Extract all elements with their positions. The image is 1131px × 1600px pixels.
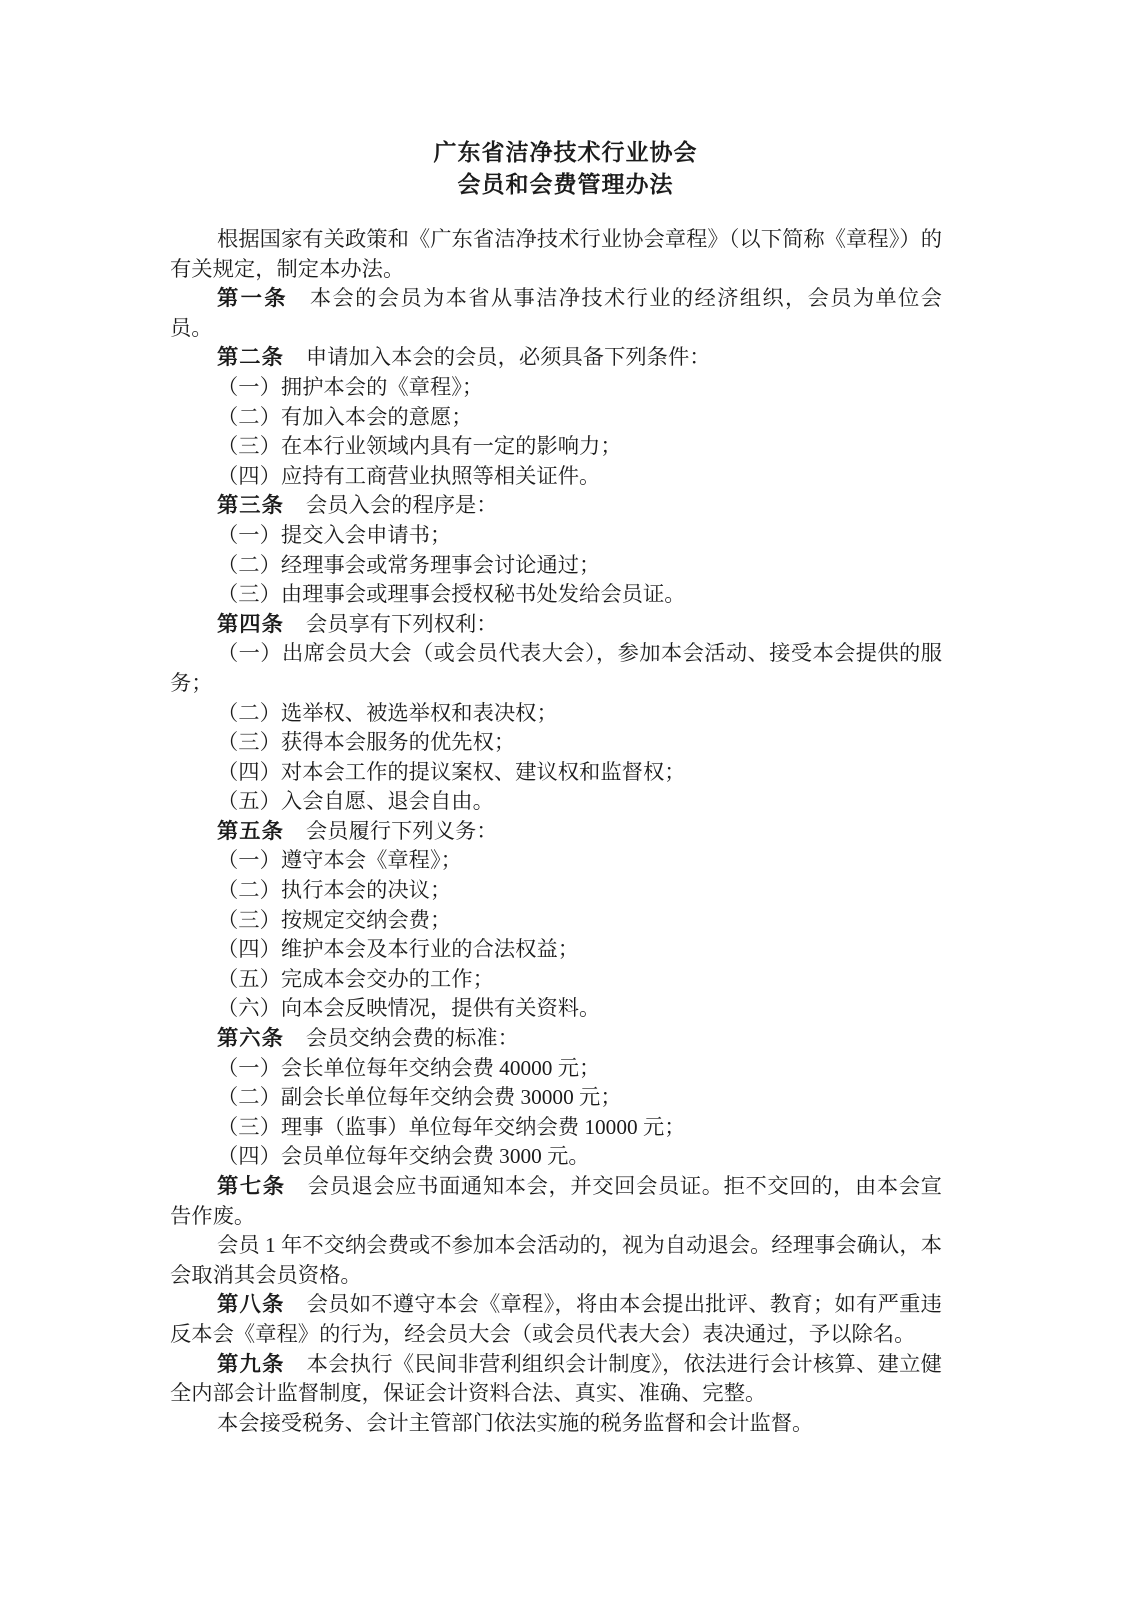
paragraph-text: （六）向本会反映情况，提供有关资料。: [217, 996, 600, 1020]
article-label: 第六条: [217, 1026, 284, 1050]
paragraph-text: （一）提交入会申请书；: [217, 523, 451, 547]
paragraph: 本会接受税务、会计主管部门依法实施的税务监督和会计监督。: [170, 1409, 942, 1439]
list-item-paragraph: （六）向本会反映情况，提供有关资料。: [170, 994, 942, 1024]
list-item-paragraph: （一）出席会员大会（或会员代表大会），参加本会活动、接受本会提供的服务；: [170, 639, 942, 698]
article-paragraph: 第一条本会的会员为本省从事洁净技术行业的经济组织，会员为单位会员。: [170, 284, 942, 343]
paragraph: 根据国家有关政策和《广东省洁净技术行业协会章程》（以下简称《章程》）的有关规定，…: [170, 225, 942, 284]
paragraph-text: （三）按规定交纳会费；: [217, 908, 451, 932]
article-paragraph: 第八条会员如不遵守本会《章程》，将由本会提出批评、教育；如有严重违反本会《章程》…: [170, 1290, 942, 1349]
list-item-paragraph: （四）对本会工作的提议案权、建议权和监督权；: [170, 758, 942, 788]
paragraph-text: （二）执行本会的决议；: [217, 878, 451, 902]
paragraph-text: （四）会员单位每年交纳会费 3000 元。: [217, 1144, 590, 1168]
document-title: 广东省洁净技术行业协会 会员和会费管理办法: [0, 136, 1131, 200]
list-item-paragraph: （五）入会自愿、退会自由。: [170, 787, 942, 817]
list-item-paragraph: （一）会长单位每年交纳会费 40000 元；: [170, 1054, 942, 1084]
article-label: 第八条: [217, 1292, 285, 1316]
paragraph-text: 本会执行《民间非营利组织会计制度》，依法进行会计核算、建立健全内部会计监督制度，…: [170, 1352, 942, 1406]
list-item-paragraph: （二）经理事会或常务理事会讨论通过；: [170, 551, 942, 581]
paragraph-text: （三）在本行业领域内具有一定的影响力；: [217, 434, 622, 458]
paragraph-text: （三）由理事会或理事会授权秘书处发给会员证。: [217, 582, 686, 606]
paragraph-text: （一）遵守本会《章程》；: [217, 848, 462, 872]
list-item-paragraph: （三）按规定交纳会费；: [170, 906, 942, 936]
paragraph-text: （四）应持有工商营业执照等相关证件。: [217, 464, 600, 488]
paragraph-text: （二）经理事会或常务理事会讨论通过；: [217, 553, 600, 577]
paragraph-text: 会员履行下列义务：: [306, 819, 498, 843]
paragraph-text: （五）完成本会交办的工作；: [217, 967, 494, 991]
list-item-paragraph: （四）应持有工商营业执照等相关证件。: [170, 462, 942, 492]
list-item-paragraph: （一）提交入会申请书；: [170, 521, 942, 551]
article-label: 第七条: [217, 1174, 286, 1198]
paragraph-text: （四）维护本会及本行业的合法权益；: [217, 937, 579, 961]
paragraph-text: 会员享有下列权利：: [306, 612, 498, 636]
article-paragraph: 第二条申请加入本会的会员，必须具备下列条件：: [170, 343, 942, 373]
list-item-paragraph: （一）拥护本会的《章程》；: [170, 373, 942, 403]
list-item-paragraph: （二）选举权、被选举权和表决权；: [170, 699, 942, 729]
article-paragraph: 第三条会员入会的程序是：: [170, 491, 942, 521]
article-paragraph: 第九条本会执行《民间非营利组织会计制度》，依法进行会计核算、建立健全内部会计监督…: [170, 1350, 942, 1409]
article-paragraph: 第六条会员交纳会费的标准：: [170, 1024, 942, 1054]
paragraph-text: 会员如不遵守本会《章程》，将由本会提出批评、教育；如有严重违反本会《章程》的行为…: [170, 1292, 942, 1346]
paragraph-text: 根据国家有关政策和《广东省洁净技术行业协会章程》（以下简称《章程》）的有关规定，…: [170, 227, 942, 281]
article-paragraph: 第四条会员享有下列权利：: [170, 610, 942, 640]
paragraph-text: 本会接受税务、会计主管部门依法实施的税务监督和会计监督。: [217, 1411, 813, 1435]
document-title-line-1: 广东省洁净技术行业协会: [0, 136, 1131, 168]
paragraph-text: （五）入会自愿、退会自由。: [217, 789, 494, 813]
paragraph-text: （三）理事（监事）单位每年交纳会费 10000 元；: [217, 1115, 686, 1139]
article-label: 第三条: [217, 493, 284, 517]
document-title-line-2: 会员和会费管理办法: [0, 168, 1131, 200]
paragraph-text: （四）对本会工作的提议案权、建议权和监督权；: [217, 760, 686, 784]
list-item-paragraph: （四）会员单位每年交纳会费 3000 元。: [170, 1142, 942, 1172]
list-item-paragraph: （五）完成本会交办的工作；: [170, 965, 942, 995]
list-item-paragraph: （三）获得本会服务的优先权；: [170, 728, 942, 758]
article-paragraph: 第七条会员退会应书面通知本会，并交回会员证。拒不交回的，由本会宣告作废。: [170, 1172, 942, 1231]
document-page: 广东省洁净技术行业协会 会员和会费管理办法 根据国家有关政策和《广东省洁净技术行…: [0, 0, 1131, 1600]
paragraph-text: （一）出席会员大会（或会员代表大会），参加本会活动、接受本会提供的服务；: [170, 641, 942, 695]
paragraph-text: 会员入会的程序是：: [306, 493, 498, 517]
article-label: 第九条: [217, 1352, 285, 1376]
paragraph-text: （三）获得本会服务的优先权；: [217, 730, 515, 754]
list-item-paragraph: （四）维护本会及本行业的合法权益；: [170, 935, 942, 965]
list-item-paragraph: （一）遵守本会《章程》；: [170, 846, 942, 876]
list-item-paragraph: （三）由理事会或理事会授权秘书处发给会员证。: [170, 580, 942, 610]
paragraph-text: （一）会长单位每年交纳会费 40000 元；: [217, 1056, 600, 1080]
list-item-paragraph: （二）副会长单位每年交纳会费 30000 元；: [170, 1083, 942, 1113]
article-label: 第一条: [217, 286, 288, 310]
paragraph-text: 申请加入本会的会员，必须具备下列条件：: [306, 345, 711, 369]
paragraph: 会员 1 年不交纳会费或不参加本会活动的，视为自动退会。经理事会确认，本会取消其…: [170, 1231, 942, 1290]
paragraph-text: （二）副会长单位每年交纳会费 30000 元；: [217, 1085, 622, 1109]
list-item-paragraph: （三）理事（监事）单位每年交纳会费 10000 元；: [170, 1113, 942, 1143]
list-item-paragraph: （二）有加入本会的意愿；: [170, 403, 942, 433]
paragraph-text: （二）有加入本会的意愿；: [217, 405, 473, 429]
article-label: 第五条: [217, 819, 284, 843]
paragraph-text: 会员 1 年不交纳会费或不参加本会活动的，视为自动退会。经理事会确认，本会取消其…: [170, 1233, 942, 1287]
article-label: 第二条: [217, 345, 284, 369]
paragraph-text: 会员交纳会费的标准：: [306, 1026, 519, 1050]
list-item-paragraph: （二）执行本会的决议；: [170, 876, 942, 906]
list-item-paragraph: （三）在本行业领域内具有一定的影响力；: [170, 432, 942, 462]
article-label: 第四条: [217, 612, 284, 636]
document-body: 根据国家有关政策和《广东省洁净技术行业协会章程》（以下简称《章程》）的有关规定，…: [170, 225, 942, 1438]
paragraph-text: （二）选举权、被选举权和表决权；: [217, 701, 558, 725]
paragraph-text: （一）拥护本会的《章程》；: [217, 375, 483, 399]
article-paragraph: 第五条会员履行下列义务：: [170, 817, 942, 847]
